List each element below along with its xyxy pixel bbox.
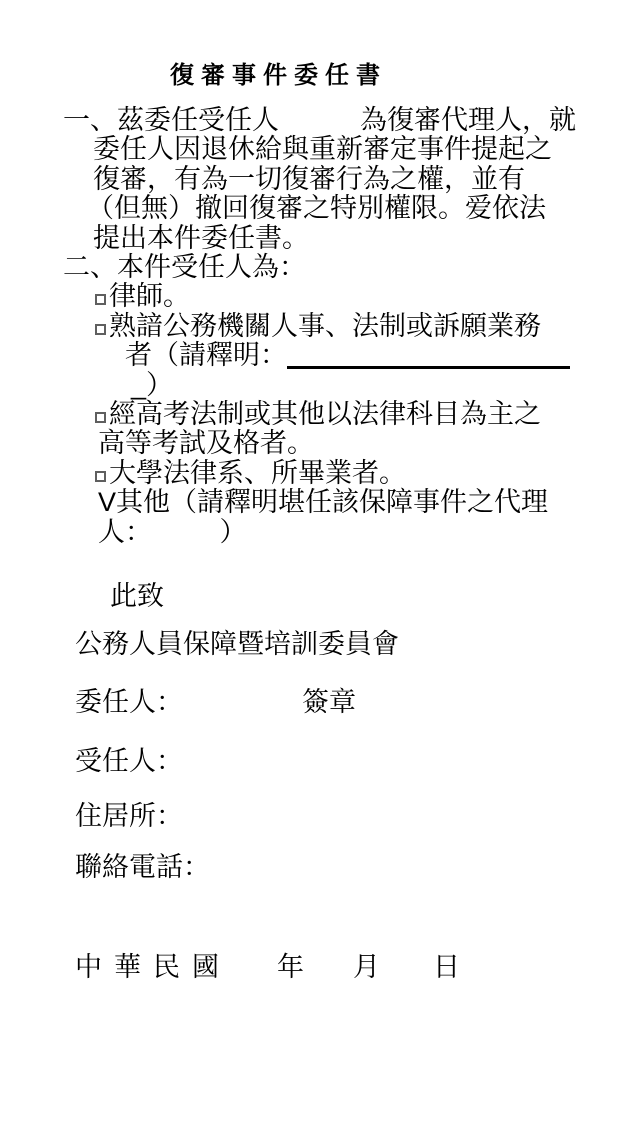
- option-other-continuation: 人： ）: [98, 518, 623, 547]
- document-body: 一、茲委任受任人 為復審代理人，就 委任人因退休給與重新審定事件提起之 復審，有…: [63, 106, 623, 982]
- fill-in-blank: [287, 364, 570, 369]
- document-title: 復審事件委任書: [170, 55, 387, 90]
- option-familiar-close: _）: [131, 371, 623, 400]
- option-exam-label: 經高考法制或其他以法律科目為主之: [109, 399, 541, 429]
- salute: 此致: [110, 582, 623, 611]
- date-year-label: 年: [277, 952, 304, 982]
- option-lawyer-label: 律師。: [109, 281, 190, 311]
- signature-label: 簽章: [302, 687, 356, 717]
- phone-label: 聯絡電話：: [75, 853, 623, 882]
- date-row: 中華民國年月日: [75, 953, 623, 982]
- date-day-label: 日: [433, 952, 460, 982]
- article-two-heading: 二、本件受任人為：: [63, 253, 623, 282]
- agent-label: 受任人：: [75, 747, 623, 776]
- option-graduate-label: 大學法律系、所畢業者。: [109, 458, 406, 488]
- article-one-line-4: （但無）撤回復審之特別權限。爱依法: [87, 194, 623, 223]
- date-era: 中華民國: [75, 952, 231, 982]
- checkbox-icon: [95, 471, 106, 482]
- document-page: 復審事件委任書 一、茲委任受任人 為復審代理人，就 委任人因退休給與重新審定事件…: [0, 0, 640, 1136]
- article-one-line-1: 一、茲委任受任人 為復審代理人，就: [63, 106, 623, 135]
- residence-label: 住居所：: [75, 802, 623, 831]
- option-lawyer: 律師。: [95, 282, 623, 311]
- recipient: 公務人員保障暨培訓委員會: [75, 630, 623, 659]
- option-exam-continuation: 高等考試及格者。: [98, 429, 623, 458]
- article-one-line-5: 提出本件委任書。: [93, 224, 623, 253]
- option-familiar: 熟諳公務機關人事、法制或訴願業務: [95, 312, 623, 341]
- checkbox-icon: [95, 294, 106, 305]
- option-exam: 經高考法制或其他以法律科目為主之: [95, 400, 623, 429]
- principal-label: 委任人：: [75, 687, 183, 717]
- principal-row: 委任人：簽章: [75, 688, 623, 717]
- option-other: V其他（請釋明堪任該保障事件之代理: [98, 488, 623, 517]
- checkbox-icon: [95, 412, 106, 423]
- article-one-line-2: 委任人因退休給與重新審定事件提起之: [93, 135, 623, 164]
- option-familiar-explain: 者（請釋明：: [125, 341, 623, 370]
- option-familiar-label: 熟諳公務機關人事、法制或訴願業務: [109, 311, 541, 341]
- option-familiar-explain-label: 者（請釋明：: [125, 340, 287, 370]
- option-graduate: 大學法律系、所畢業者。: [95, 459, 623, 488]
- article-one-line-3: 復審，有為一切復審行為之權，並有: [93, 165, 623, 194]
- date-month-label: 月: [353, 952, 380, 982]
- checkbox-icon: [95, 324, 106, 335]
